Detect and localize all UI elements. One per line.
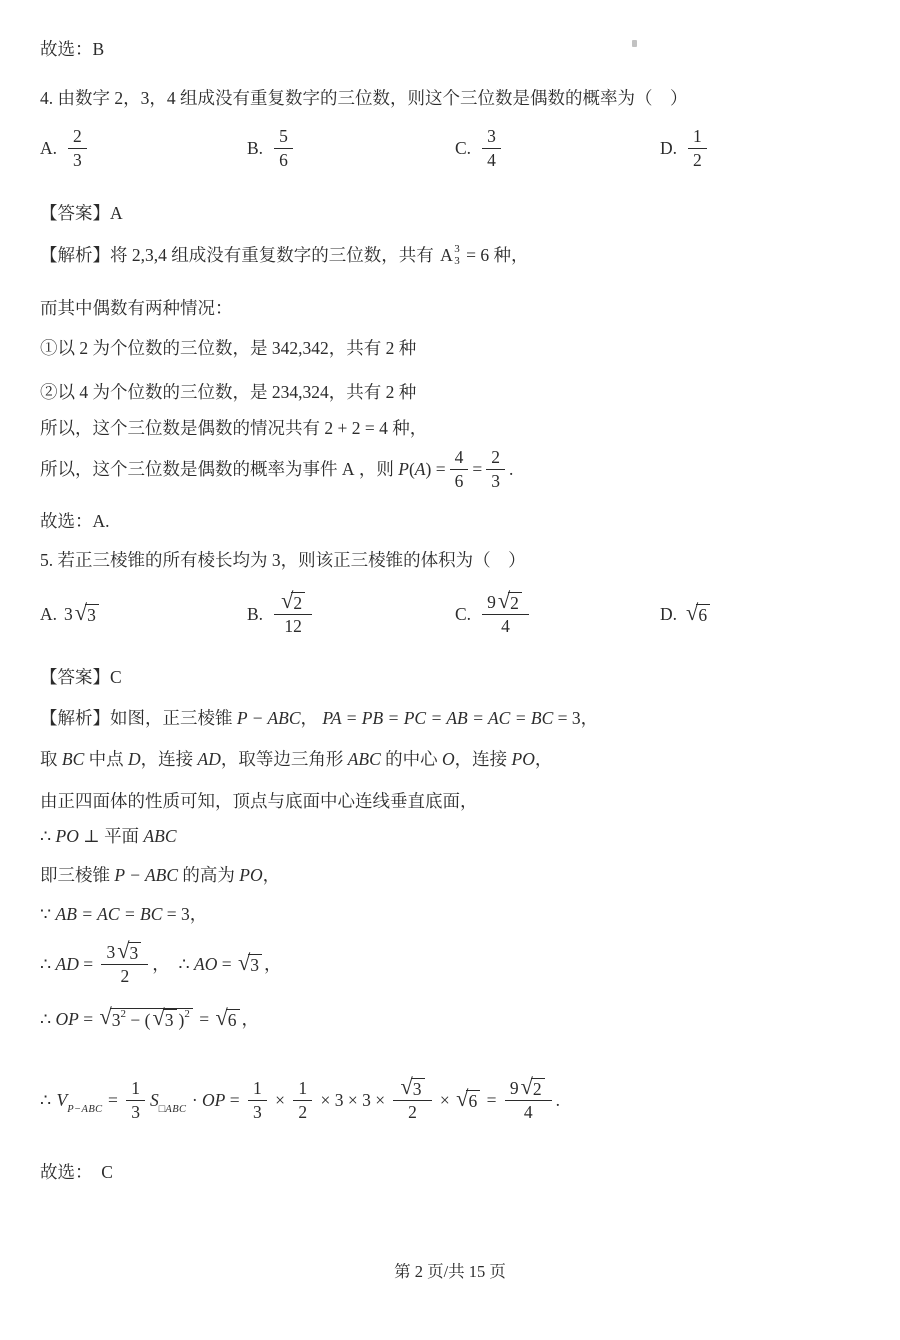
option-label: A. [40, 138, 57, 159]
radical-body: 2 [531, 1078, 545, 1099]
fraction-denominator: 4 [496, 615, 515, 637]
math-segment: 3 [487, 126, 496, 147]
text-segment: 【答案】C [40, 666, 122, 689]
fraction-numerator: 1 [293, 1078, 312, 1101]
math-variable: AO [194, 953, 217, 976]
prev-question-choice: 故选：B [40, 38, 860, 61]
math-variable: BC [62, 748, 84, 771]
q5-analysis-line-1: 【解析】如图，正三棱锥 P − ABC， PA = PB = PC = AB =… [40, 707, 860, 730]
q4-analysis-line-2: 而其中偶数有两种情况： [40, 297, 860, 320]
math-segment: 12 [284, 616, 302, 637]
math-permutation-symbol: A33 [440, 243, 460, 268]
math-segment: 3 [106, 942, 115, 963]
math-segment: 3 [413, 1079, 422, 1099]
math-variable: AB = AC = BC [56, 903, 163, 926]
radical-sign-icon: √ [99, 1007, 111, 1028]
math-segment: 4 [455, 447, 464, 468]
text-segment: ，则 [355, 458, 399, 481]
q4-analysis-line-1: 【解析】将 2,3,4 组成没有重复数字的三位数，共有 A33 = 6 种， [40, 243, 860, 268]
q4-analysis-line-4: ②以 4 为个位数的三位数，是 234,324，共有 2 种 [40, 381, 860, 404]
q5-option-c: C.9√24 [455, 592, 660, 637]
text-segment: ②以 [40, 381, 79, 404]
fraction-denominator: 3 [126, 1101, 145, 1123]
math-segment: · [187, 1089, 202, 1112]
math-variable: P − ABC [237, 707, 301, 730]
math-segment: ∴ [40, 1089, 56, 1112]
math-segment: 6 [228, 1010, 237, 1030]
option-label: B. [247, 604, 263, 625]
math-segment: ∴ [40, 953, 56, 976]
fraction-numerator: 2 [68, 126, 87, 149]
math-segment: 4 [501, 616, 510, 637]
math-segment: 3 [250, 955, 259, 975]
math-segment: ∴ [40, 1008, 56, 1031]
fraction-numerator: 2 [486, 447, 505, 470]
math-variable: PO [512, 748, 535, 771]
q4-analysis-line-3: ①以 2 为个位数的三位数，是 342,342，共有 2 种 [40, 337, 860, 360]
math-segment: 2 [408, 1102, 417, 1123]
math-radical: √32 − (√3)2 [99, 1008, 192, 1030]
superscript: 2 [184, 1009, 190, 1020]
math-radical: √6 [215, 1009, 239, 1030]
q5-choice: 故选： C [40, 1161, 860, 1184]
text-segment: ，连接 [141, 748, 198, 771]
text-segment: ， [581, 707, 599, 730]
math-segment: 6 [468, 1091, 477, 1111]
page-footer: 第 2 页/共 15 页 [0, 1258, 900, 1282]
q4-option-b: B.56 [247, 126, 455, 170]
text-segment: 所以，这个三位数是偶数的情况共有 [40, 417, 324, 440]
radical-body: 6 [466, 1090, 480, 1111]
variable-base: V [57, 1089, 68, 1112]
math-variable: ABC [143, 825, 176, 848]
fraction-numerator: 1 [248, 1078, 267, 1101]
math-fraction: 23 [486, 447, 505, 491]
math-segment: ∵ [40, 903, 56, 926]
math-segment: 2 [120, 966, 129, 987]
math-fraction: 3√32 [101, 942, 148, 987]
radical-sign-icon: √ [215, 1008, 227, 1029]
text-segment: ， [152, 953, 178, 976]
math-variable: OP [56, 1008, 79, 1031]
fraction-denominator: 3 [486, 470, 505, 492]
math-radical: √6 [686, 604, 710, 625]
radical-sign-icon: √ [152, 1008, 164, 1029]
math-segment: = [79, 953, 98, 976]
radical-body: 3 [128, 942, 142, 963]
text-segment: 【解析】如图，正三棱锥 [40, 707, 237, 730]
text-segment: 为个位数的三位数，是 [88, 381, 272, 404]
math-segment: 234,324 [272, 381, 329, 404]
math-segment: A [342, 458, 355, 481]
math-segment: 3 [131, 1102, 140, 1123]
math-segment: 1 [253, 1078, 262, 1099]
q5-analysis-line-7: ∴ AD = 3√32， ∴ AO = √3， [40, 942, 860, 987]
math-segment: 2 [693, 150, 702, 171]
math-fraction: 23 [68, 126, 87, 170]
text-segment: 组成没有重复数字的三位数，共有 [167, 244, 438, 267]
superscript: 2 [121, 1009, 127, 1020]
fraction-denominator: 2 [688, 149, 707, 171]
text-segment: ， [263, 864, 281, 887]
radical-body: 6 [696, 604, 710, 625]
q5-analysis-line-8: ∴ OP = √32 − (√3)2 = √6， [40, 1008, 860, 1031]
text-segment: 为个位数的三位数，是 [88, 337, 272, 360]
q4-answer: 【答案】A [40, 202, 860, 225]
math-fraction: √32 [393, 1078, 431, 1123]
math-segment: 3 [87, 605, 96, 625]
math-subscripted-variable: S□ABC [150, 1089, 187, 1112]
radical-sign-icon: √ [117, 941, 129, 962]
radical-body: 32 − (√3)2 [110, 1008, 193, 1030]
text-segment: 4. 由数字 2，3，4 组成没有重复数字的三位数，则这个三位数是偶数的概率为（… [40, 87, 688, 110]
q4-choice: 故选：A. [40, 510, 860, 533]
text-segment: ， [535, 748, 553, 771]
math-radical: √6 [456, 1090, 480, 1111]
math-radical: √2 [521, 1078, 545, 1099]
math-radical: √3 [117, 942, 141, 963]
math-variable: P [398, 458, 409, 481]
math-variable: ABC [348, 748, 381, 771]
math-segment: 1 [131, 1078, 140, 1099]
option-value: 3√3 [64, 604, 101, 625]
q4-analysis-line-6: 所以，这个三位数是偶数的概率为事件 A ，则 P(A) =46=23. [40, 447, 860, 491]
q4-stem: 4. 由数字 2，3，4 组成没有重复数字的三位数，则这个三位数是偶数的概率为（… [40, 87, 860, 110]
math-fraction: 34 [482, 126, 501, 170]
text-segment: ，共有 2 种 [329, 337, 417, 360]
fraction-denominator: 12 [279, 615, 307, 637]
text-segment: ， [190, 903, 208, 926]
text-segment: 即三棱锥 [40, 864, 114, 887]
math-variable: PO [56, 825, 79, 848]
text-segment: 中点 [84, 748, 128, 771]
text-segment: ①以 [40, 337, 79, 360]
q5-analysis-line-9: ∴ VP−ABC = 13S□ABC · OP = 13 × 12 × 3 × … [40, 1078, 860, 1123]
math-fraction: √212 [274, 592, 312, 637]
variable-subscript: P−ABC [67, 1105, 102, 1116]
math-segment: . [509, 458, 513, 481]
variable-base: S [150, 1089, 159, 1112]
math-segment: = [472, 458, 482, 481]
text-segment: 取 [40, 748, 62, 771]
q4-option-a: A.23 [40, 126, 247, 170]
option-label: A. [40, 604, 57, 625]
fraction-denominator: 3 [68, 149, 87, 171]
radical-sign-icon: √ [456, 1089, 468, 1110]
radical-sign-icon: √ [686, 603, 698, 624]
math-variable: AD [56, 953, 79, 976]
math-segment: = 3 [162, 903, 189, 926]
radical-sign-icon: √ [75, 603, 87, 624]
q5-analysis-line-6: ∵ AB = AC = BC = 3， [40, 903, 860, 926]
math-segment: 2 [79, 337, 88, 360]
fraction-numerator: 4 [450, 447, 469, 470]
math-segment: 3 [165, 1010, 174, 1030]
q5-analysis-line-3: 由正四面体的性质可知，顶点与底面中心连线垂直底面， [40, 790, 860, 813]
math-segment: 1 [298, 1078, 307, 1099]
radical-sign-icon: √ [281, 591, 293, 612]
math-segment: = [217, 953, 236, 976]
fraction-numerator: 9√2 [505, 1078, 552, 1101]
radical-sign-icon: √ [238, 953, 250, 974]
math-segment: 3 [64, 604, 73, 625]
math-segment: 2 [491, 447, 500, 468]
math-fraction: 9√24 [482, 592, 529, 637]
option-label: C. [455, 138, 471, 159]
math-segment: = [195, 1008, 214, 1031]
math-radical: √2 [281, 592, 305, 613]
q5-option-a: A.3√3 [40, 604, 247, 625]
math-segment: = [482, 1089, 501, 1112]
radical-body: 2 [291, 592, 305, 613]
math-segment: ) = [426, 458, 446, 481]
math-segment: 4 [487, 150, 496, 171]
math-segment: 5 [279, 126, 288, 147]
text-segment: 【解析】将 [40, 244, 132, 267]
radical-body: 3 [163, 1009, 177, 1030]
radical-sign-icon: √ [521, 1077, 533, 1098]
math-segment: 4 [79, 381, 88, 404]
fraction-numerator: 1 [126, 1078, 145, 1101]
text-segment: ， [264, 953, 282, 976]
radical-body: 3 [85, 604, 99, 625]
q5-stem: 5. 若正三棱锥的所有棱长均为 3，则该正三棱锥的体积为（ ） [40, 549, 860, 572]
text-segment: 的高为 [178, 864, 239, 887]
math-segment: × [436, 1089, 455, 1112]
math-variable: O [442, 748, 455, 771]
fraction-denominator: 2 [115, 965, 134, 987]
math-segment: ∴ [179, 953, 195, 976]
q4-analysis-line-5: 所以，这个三位数是偶数的情况共有 2 + 2 = 4 种， [40, 417, 860, 440]
math-fraction: 56 [274, 126, 293, 170]
text-segment: ，共有 2 种 [329, 381, 417, 404]
text-segment: 故选： C [40, 1161, 113, 1184]
page-number: 第 2 页/共 15 页 [394, 1262, 506, 1281]
math-segment: 2 [510, 593, 519, 613]
math-segment: 2 [533, 1079, 542, 1099]
text-segment: ， [242, 1008, 260, 1031]
option-label: D. [660, 604, 677, 625]
math-segment: 9 [510, 1078, 519, 1099]
math-segment: × 3 × 3 × [316, 1089, 389, 1112]
option-value: √6 [684, 604, 712, 625]
math-segment: = [225, 1089, 244, 1112]
math-radical: √2 [498, 592, 522, 613]
q5-analysis-line-4: ∴ PO ⊥ 平面 ABC [40, 825, 860, 848]
math-segment: ∴ [40, 825, 56, 848]
fraction-denominator: 2 [403, 1101, 422, 1123]
text-segment: 【答案】A [40, 202, 123, 225]
q5-options: A.3√3 B.√212 C.9√24 D.√6 [40, 592, 860, 637]
fraction-numerator: 3 [482, 126, 501, 149]
text-segment: ，取等边三角形 [221, 748, 348, 771]
math-variable: A [415, 458, 426, 481]
math-segment: 9 [487, 592, 496, 613]
math-segment: 4 [524, 1102, 533, 1123]
math-segment: × [271, 1089, 290, 1112]
math-variable: D [128, 748, 141, 771]
math-fraction: 12 [293, 1078, 312, 1122]
math-radical: √3 [152, 1009, 176, 1030]
radical-body: 2 [508, 592, 522, 613]
math-variable: PO [239, 864, 262, 887]
math-fraction: 13 [126, 1078, 145, 1122]
text-segment: 由正四面体的性质可知，顶点与底面中心连线垂直底面， [40, 790, 478, 813]
math-segment: 2 [73, 126, 82, 147]
text-segment: ，连接 [455, 748, 512, 771]
math-segment: 6 [455, 471, 464, 492]
math-segment: = [79, 1008, 98, 1031]
math-variable: PA = PB = PC = AB = AC = BC [322, 707, 553, 730]
symbol-superscript: 3 [454, 243, 460, 255]
q5-option-b: B.√212 [247, 592, 455, 637]
q5-analysis-line-2: 取 BC 中点 D，连接 AD，取等边三角形 ABC 的中心 O，连接 PO， [40, 748, 860, 771]
math-segment: − ( [126, 1010, 150, 1030]
text-segment: 种， [388, 417, 427, 440]
text-segment: ， [301, 707, 323, 730]
math-segment: 2 [293, 593, 302, 613]
q5-answer: 【答案】C [40, 666, 860, 689]
math-segment: 6 [698, 605, 707, 625]
math-segment: 2,3,4 [132, 244, 167, 267]
fraction-denominator: 6 [450, 470, 469, 492]
math-segment: ⊥ [79, 825, 104, 848]
option-value: 56 [270, 126, 297, 170]
option-value: 12 [684, 126, 711, 170]
option-value: √212 [270, 592, 316, 637]
fraction-numerator: 1 [688, 126, 707, 149]
math-segment: = 6 [462, 244, 494, 267]
math-segment: 6 [279, 150, 288, 171]
radical-body: 6 [226, 1009, 240, 1030]
math-variable: OP [202, 1089, 225, 1112]
fraction-denominator: 4 [482, 149, 501, 171]
text-segment: 5. 若正三棱锥的所有棱长均为 3，则该正三棱锥的体积为（ ） [40, 549, 526, 572]
math-fraction: 12 [688, 126, 707, 170]
math-subscripted-variable: VP−ABC [57, 1089, 103, 1112]
math-fraction: 13 [248, 1078, 267, 1122]
math-variable: P − ABC [114, 864, 178, 887]
q4-option-d: D.12 [660, 126, 860, 170]
math-segment: 3 [491, 471, 500, 492]
radical-sign-icon: √ [400, 1077, 412, 1098]
option-label: D. [660, 138, 677, 159]
fraction-numerator: √2 [274, 592, 312, 615]
math-segment: 2 + 2 = 4 [324, 417, 388, 440]
symbol-base: A [440, 244, 453, 267]
fraction-denominator: 4 [519, 1101, 538, 1123]
math-fraction: 46 [450, 447, 469, 491]
text-segment: 故选：B [40, 38, 104, 61]
fraction-denominator: 3 [248, 1101, 267, 1123]
radical-sign-icon: √ [498, 591, 510, 612]
math-segment: 2 [298, 1102, 307, 1123]
math-segment: 1 [693, 126, 702, 147]
radical-body: 3 [248, 954, 262, 975]
symbol-subscript: 3 [454, 255, 460, 267]
math-segment: 342,342 [272, 337, 329, 360]
text-segment: 所以，这个三位数是偶数的概率为事件 [40, 458, 342, 481]
math-variable: AD [198, 748, 221, 771]
option-value: 34 [478, 126, 505, 170]
variable-subscript: □ABC [159, 1105, 187, 1116]
fraction-denominator: 6 [274, 149, 293, 171]
q5-analysis-line-5: 即三棱锥 P − ABC 的高为 PO， [40, 864, 860, 887]
math-segment: 3 [130, 943, 139, 963]
q4-options: A.23 B.56 C.34 D.12 [40, 126, 860, 170]
fraction-numerator: 9√2 [482, 592, 529, 615]
math-segment: 3 [112, 1010, 121, 1030]
fraction-numerator: √3 [393, 1078, 431, 1101]
math-segment: 3 [73, 150, 82, 171]
option-value: 9√24 [478, 592, 533, 637]
fraction-numerator: 3√3 [101, 942, 148, 965]
text-segment: 的中心 [381, 748, 442, 771]
math-fraction: 9√24 [505, 1078, 552, 1123]
option-label: C. [455, 604, 471, 625]
q4-option-c: C.34 [455, 126, 660, 170]
option-value: 23 [64, 126, 91, 170]
q5-option-d: D.√6 [660, 604, 860, 625]
text-segment: 故选：A. [40, 510, 110, 533]
math-radical: √3 [400, 1078, 424, 1099]
math-radical: √3 [238, 954, 262, 975]
text-segment: 平面 [104, 825, 143, 848]
math-segment: 3 [253, 1102, 262, 1123]
text-segment: 而其中偶数有两种情况： [40, 297, 233, 320]
text-segment: 种， [494, 244, 529, 267]
option-label: B. [247, 138, 263, 159]
radical-body: 3 [411, 1078, 425, 1099]
fraction-numerator: 5 [274, 126, 293, 149]
fraction-denominator: 2 [293, 1101, 312, 1123]
symbol-scripts: 33 [454, 243, 460, 268]
math-segment: = [104, 1089, 123, 1112]
math-radical: √3 [75, 604, 99, 625]
math-segment: . [556, 1089, 560, 1112]
math-segment: = 3 [553, 707, 580, 730]
